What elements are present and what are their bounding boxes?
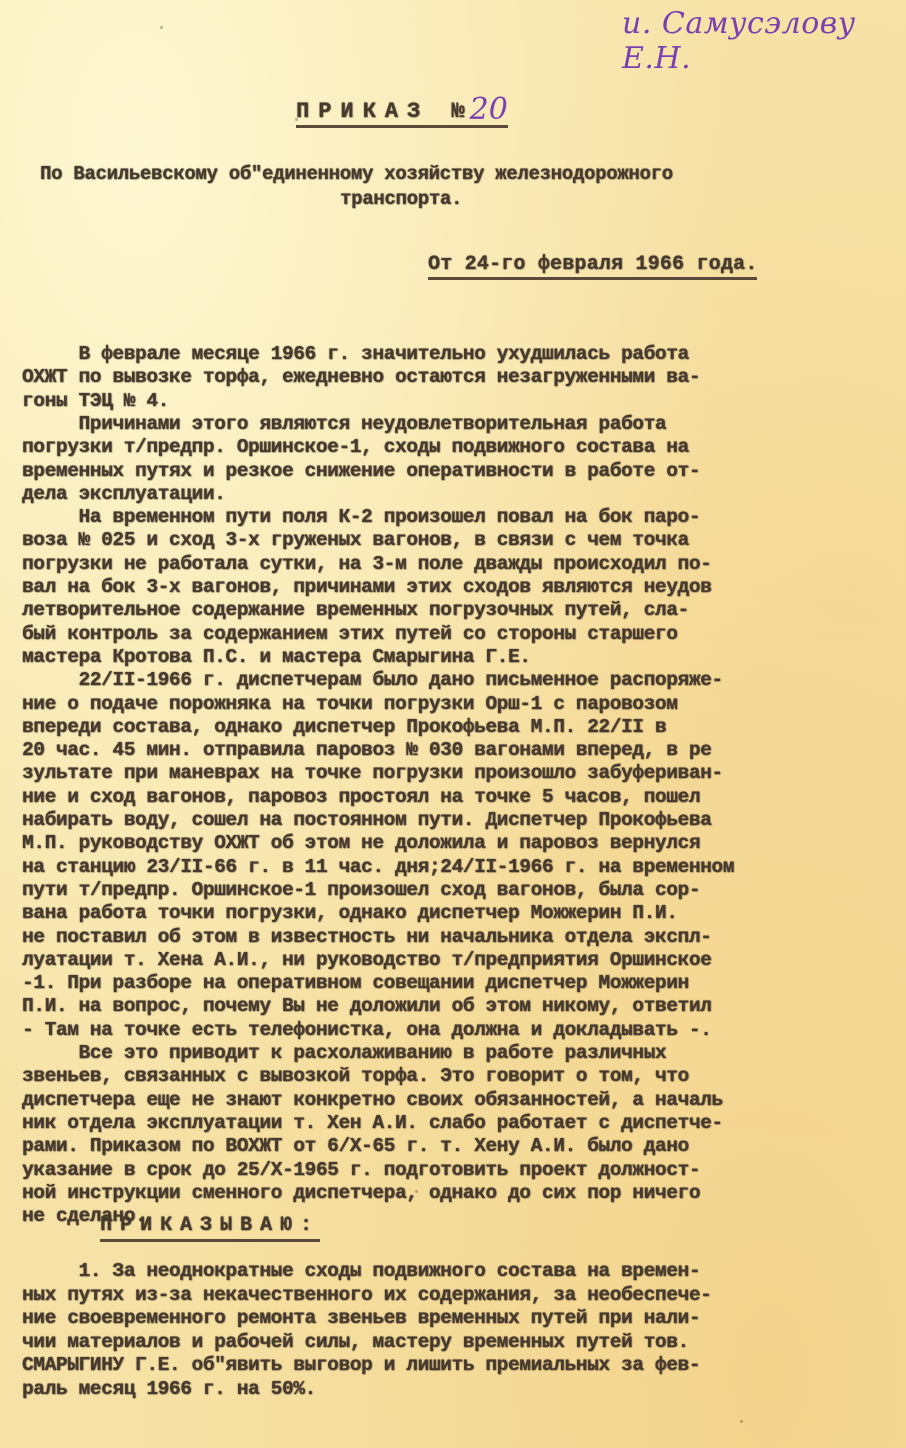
paper-speck xyxy=(295,118,298,121)
paper-speck xyxy=(740,1420,743,1423)
body-line: ние о подаче порожняка на точки погрузки… xyxy=(22,693,678,715)
order-line: ных путях из-за некачественного их содер… xyxy=(22,1284,711,1306)
body-line: временных путях и резкое снижение операт… xyxy=(22,460,700,482)
body-line: 20 час. 45 мин. отправила паровоз № 030 … xyxy=(22,739,711,761)
body-line: бый контроль за содержанием этих путей с… xyxy=(22,623,678,645)
order-line: чии материалов и рабочей силы, мастеру в… xyxy=(22,1331,689,1353)
body-line: диспетчера еще не знают конкретно своих … xyxy=(22,1089,723,1111)
body-line: указание в срок до 25/X-1965 г. подготов… xyxy=(22,1159,700,1181)
body-line: В феврале месяце 1966 г. значительно уху… xyxy=(22,343,689,365)
body-line: не поставил об этом в известность ни нач… xyxy=(22,926,711,948)
document-title: ПРИКАЗ № xyxy=(296,99,474,128)
document-title-block: ПРИКАЗ № 20 xyxy=(296,95,508,128)
body-line: вана работа точки погрузки, однако диспе… xyxy=(22,902,678,924)
order-line: СМАРЫГИНУ Г.Е. об"явить выговор и лишить… xyxy=(22,1354,700,1376)
body-line: гоны ТЭЦ № 4. xyxy=(22,390,169,412)
body-line: зультате при маневрах на точке погрузки … xyxy=(22,762,723,784)
body-line: впереди состава, однако диспетчер Прокоф… xyxy=(22,716,666,738)
body-line: ние и сход вагонов, паровоз простоял на … xyxy=(22,786,700,808)
body-line: мастера Кротова П.С. и мастера Смарыгина… xyxy=(22,646,531,668)
body-line: пути т/предпр. Оршинское-1 произошел схо… xyxy=(22,879,700,901)
handwritten-addressee-note: и. Самусэлову Е.Н. xyxy=(622,6,906,76)
body-line: Все это приводит к расхолаживанию в рабо… xyxy=(22,1042,666,1064)
document-date: От 24-го февраля 1966 года. xyxy=(428,253,757,280)
body-line: М.П. руководству ОХЖТ об этом не доложил… xyxy=(22,832,700,854)
body-line: на станцию 23/II-66 г. в 11 час. дня;24/… xyxy=(22,856,734,878)
subtitle-line-2: транспорта. xyxy=(340,188,462,210)
order-line: раль месяц 1966 г. на 50%. xyxy=(22,1378,316,1400)
body-line: 22/II-1966 г. диспетчерам было дано пись… xyxy=(22,669,723,691)
document-page: и. Самусэлову Е.Н. ПРИКАЗ № 20 По Василь… xyxy=(0,0,906,1448)
body-line: воза № 025 и сход 3-х груженых вагонов, … xyxy=(22,529,689,551)
body-line: луатации т. Хена А.И., ни руководство т/… xyxy=(22,949,711,971)
body-line: рами. Приказом по ВОХЖТ от 6/X-65 г. т. … xyxy=(22,1135,689,1157)
body-line: летворительное содержание временных погр… xyxy=(22,599,689,621)
body-line: звеньев, связанных с вывозкой торфа. Это… xyxy=(22,1065,689,1087)
document-number-handwritten: 20 xyxy=(470,95,508,128)
body-line: - Там на точке есть телефонистка, она до… xyxy=(22,1019,711,1041)
body-line: набирать воду, сошел на постоянном пути.… xyxy=(22,809,711,831)
order-line: 1. За неоднократные сходы подвижного сос… xyxy=(22,1260,700,1282)
body-line: погрузки т/предпр. Оршинское-1, сходы по… xyxy=(22,436,689,458)
body-line: погрузки не работала сутки, на 3-м поле … xyxy=(22,553,711,575)
section-title-orders: ПРИКАЗЫВАЮ: xyxy=(100,1214,320,1242)
body-line: ной инструкции сменного диспетчера, одна… xyxy=(22,1182,700,1204)
body-line: П.И. на вопрос, почему Вы не доложили об… xyxy=(22,995,711,1017)
paper-speck xyxy=(160,26,163,29)
paper-speck xyxy=(415,1190,418,1193)
subtitle-line-1: По Васильевскому об"единенному хозяйству… xyxy=(40,163,673,185)
body-line: дела эксплуатации. xyxy=(22,483,225,505)
body-line: ник отдела эксплуатации т. Хен А.И. слаб… xyxy=(22,1112,723,1134)
order-line: ние своевременного ремонта звеньев време… xyxy=(22,1307,700,1329)
body-line: ОХЖТ по вывозке торфа, ежедневно остаютс… xyxy=(22,366,700,388)
body-line: На временном пути поля К-2 произошел пов… xyxy=(22,506,700,528)
body-line: Причинами этого являются неудовлетворите… xyxy=(22,413,666,435)
body-line: -1. При разборе на оперативном совещании… xyxy=(22,972,689,994)
body-line: вал на бок 3-х вагонов, причинами этих с… xyxy=(22,576,711,598)
